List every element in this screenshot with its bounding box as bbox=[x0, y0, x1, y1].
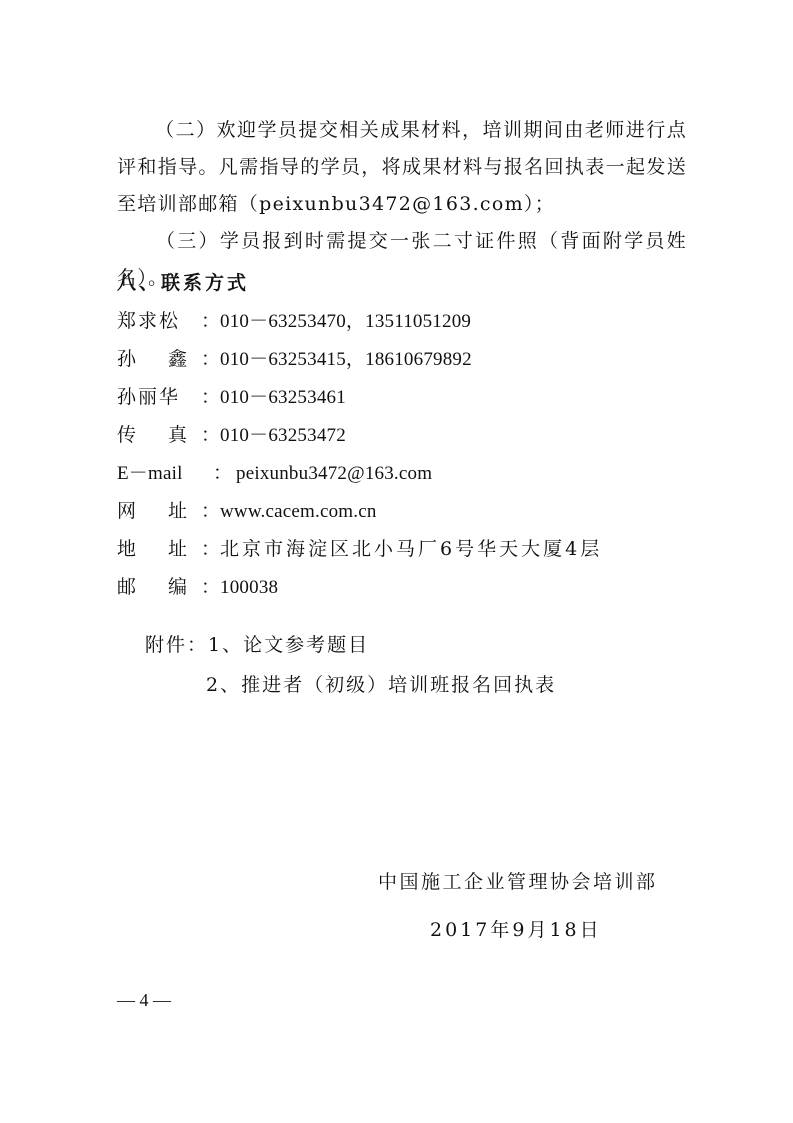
contact-label: 孙鑫 bbox=[117, 347, 189, 371]
contact-value: 010－63253415，18610679892 bbox=[220, 348, 472, 372]
contact-row-postcode: 邮编：100038 bbox=[117, 575, 278, 600]
contact-label: 孙丽华 bbox=[117, 385, 189, 409]
contact-label: 网址 bbox=[117, 499, 189, 523]
contact-label-char-2: 址 bbox=[168, 499, 189, 523]
contact-label: 传真 bbox=[117, 423, 189, 447]
colon: ： bbox=[201, 385, 220, 409]
website-link[interactable]: www.cacem.com.cn bbox=[220, 500, 377, 524]
attachments-label: 附件： bbox=[145, 634, 208, 656]
attachment-item-2: 2、推进者（初级）培训班报名回执表 bbox=[206, 674, 556, 696]
contact-label-char-2: 编 bbox=[168, 575, 189, 599]
contact-row-email: E－mail：peixunbu3472@163.com bbox=[117, 461, 432, 486]
contact-label: E－mail bbox=[117, 462, 225, 486]
contact-label-char-1: 孙 bbox=[117, 347, 138, 371]
signature-date: 2017年9月18日 bbox=[430, 918, 602, 942]
contact-row-sunlihua: 孙丽华：010－63253461 bbox=[117, 385, 346, 410]
contact-label-char-1: 邮 bbox=[117, 575, 138, 599]
contact-row-sunxin: 孙鑫：010－63253415，18610679892 bbox=[117, 347, 472, 372]
contact-value: 010－63253470，13511051209 bbox=[220, 310, 471, 334]
contact-row-zheng: 郑求松：010－63253470，13511051209 bbox=[117, 309, 471, 334]
contact-label-char-1: 地 bbox=[117, 537, 138, 561]
contact-label-text: 郑求松 bbox=[117, 309, 180, 333]
contact-label-text: 孙丽华 bbox=[117, 385, 180, 409]
colon: ： bbox=[213, 461, 232, 485]
paragraph-item-2: （二）欢迎学员提交相关成果材料，培训期间由老师进行点评和指导。凡需指导的学员，将… bbox=[117, 112, 687, 223]
attachment-item-1: 1、论文参考题目 bbox=[208, 634, 369, 656]
attachments-row-1: 附件：1、论文参考题目 bbox=[145, 633, 369, 657]
colon: ： bbox=[201, 499, 220, 523]
contact-value: 010－63253461 bbox=[220, 386, 346, 410]
page-number: — 4 — bbox=[117, 988, 171, 1012]
contact-label: 邮编 bbox=[117, 575, 189, 599]
colon: ： bbox=[201, 309, 220, 333]
contact-label-char-2: 址 bbox=[168, 537, 189, 561]
contact-value: 010－63253472 bbox=[220, 424, 346, 448]
colon: ： bbox=[201, 537, 220, 561]
contact-value: 100038 bbox=[220, 576, 278, 600]
signature-organization: 中国施工企业管理协会培训部 bbox=[378, 870, 658, 894]
colon: ： bbox=[201, 423, 220, 447]
attachments-row-2: 2、推进者（初级）培训班报名回执表 bbox=[206, 673, 556, 697]
contact-label-char-2: 真 bbox=[168, 423, 189, 447]
paragraph-item-2-text: （二）欢迎学员提交相关成果材料，培训期间由老师进行点评和指导。凡需指导的学员，将… bbox=[117, 119, 687, 215]
contact-row-website: 网址：www.cacem.com.cn bbox=[117, 499, 377, 524]
colon: ： bbox=[201, 347, 220, 371]
contact-value: 北京市海淀区北小马厂6号华天大厦4层 bbox=[220, 537, 602, 561]
contact-row-fax: 传真：010－63253472 bbox=[117, 423, 346, 448]
contact-label-char-2: 鑫 bbox=[168, 347, 189, 371]
contact-label: 地址 bbox=[117, 537, 189, 561]
document-page: （二）欢迎学员提交相关成果材料，培训期间由老师进行点评和指导。凡需指导的学员，将… bbox=[0, 0, 793, 1123]
section-heading-contact: 八、联系方式 bbox=[117, 271, 249, 295]
colon: ： bbox=[201, 575, 220, 599]
contact-label: 郑求松 bbox=[117, 309, 189, 333]
contact-row-address: 地址：北京市海淀区北小马厂6号华天大厦4层 bbox=[117, 537, 602, 561]
contact-label-char-1: 传 bbox=[117, 423, 138, 447]
email-link[interactable]: peixunbu3472@163.com bbox=[236, 462, 432, 486]
contact-label-char-1: 网 bbox=[117, 499, 138, 523]
